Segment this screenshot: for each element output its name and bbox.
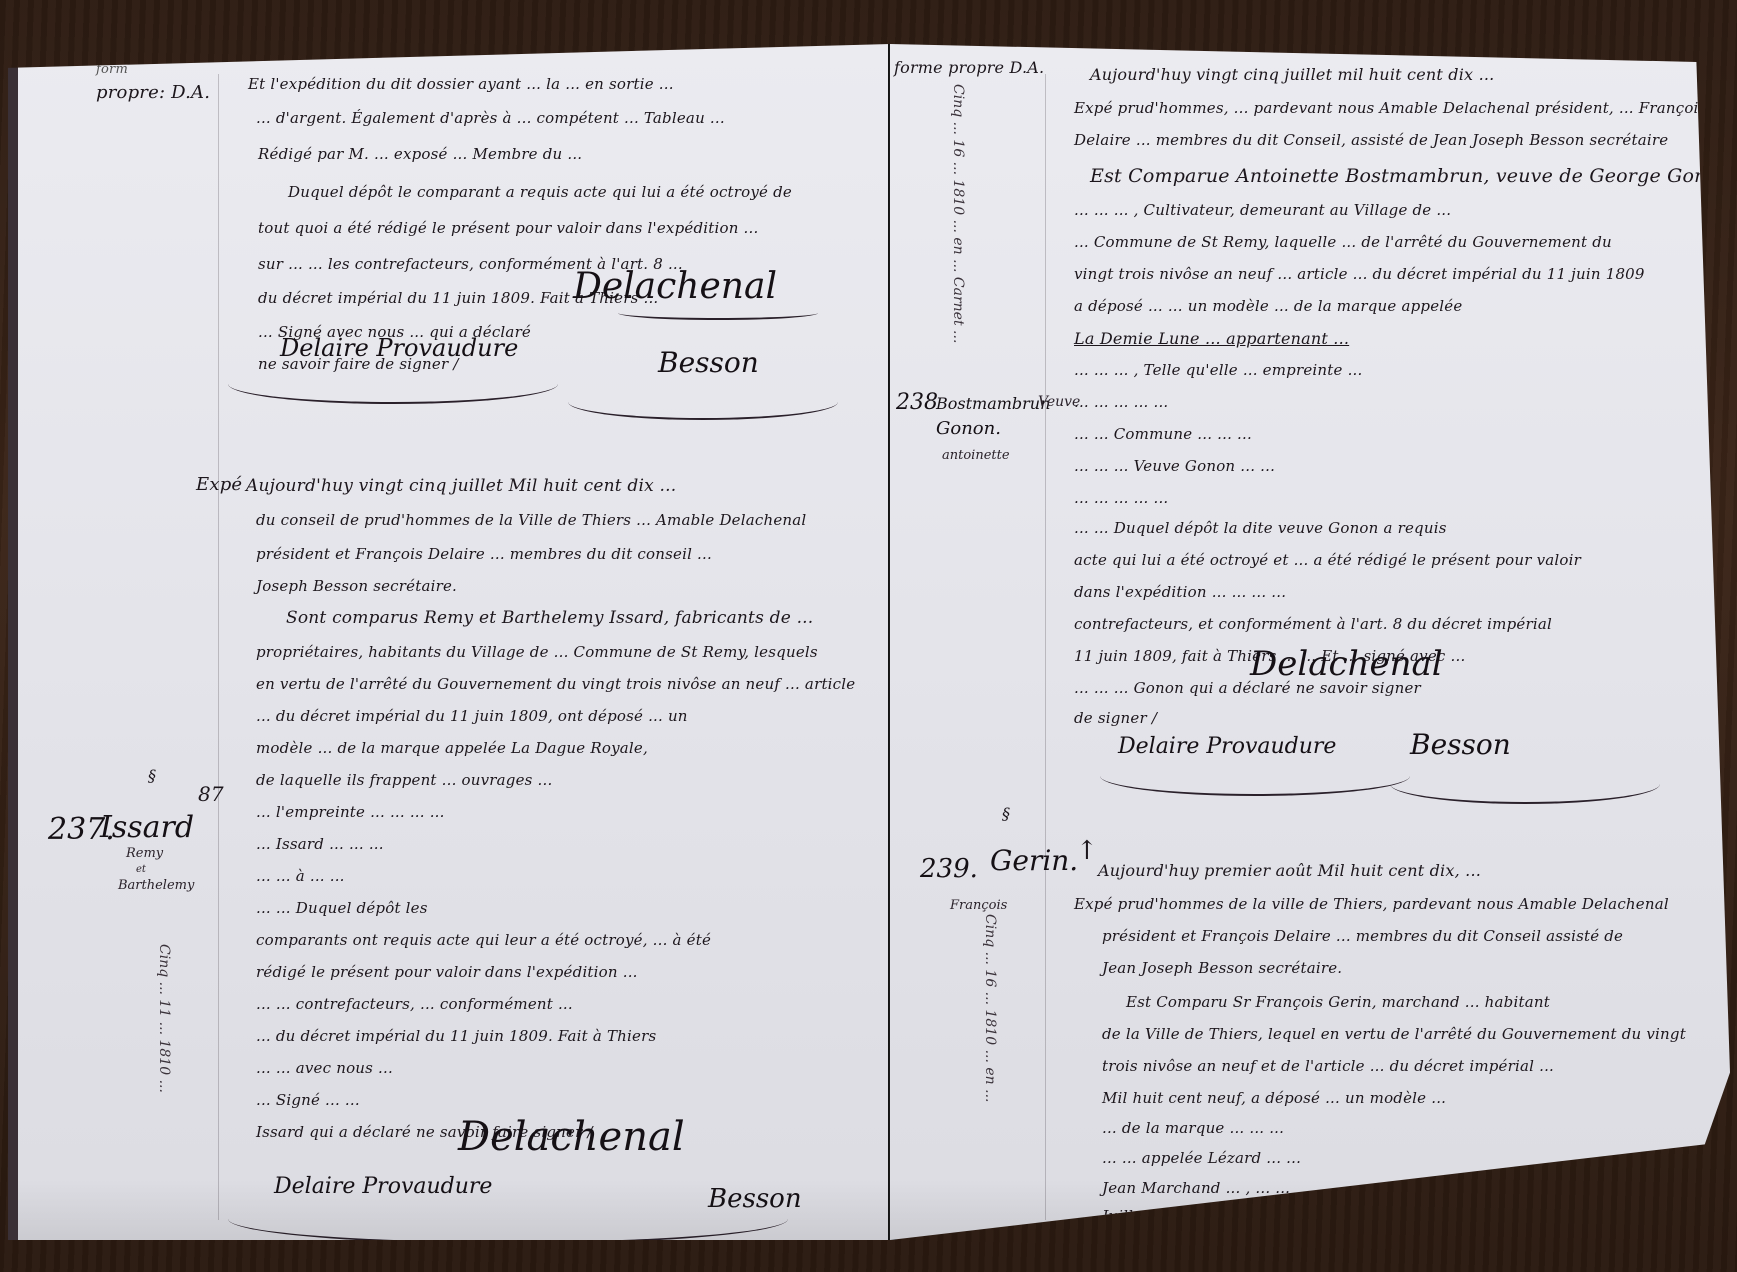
entry-line-gonon: Gonon. <box>936 418 1001 439</box>
text-line: du conseil de prud'hommes de la Ville de… <box>256 502 806 539</box>
entry-surname-issard: Issard <box>100 810 194 845</box>
margin-folio-number: 87 <box>198 782 224 806</box>
open-register-book: form propre: D.A. Et l'expédition du dit… <box>8 44 1730 1240</box>
text-line: ... d'argent. Également d'après à ... co… <box>256 100 725 137</box>
entry-given-name: antoinette <box>942 448 1010 463</box>
signature-delachenal: Delachenal <box>573 266 777 307</box>
text-line: Aujourd'huy vingt cinq juillet mil huit … <box>1090 56 1494 93</box>
entry-given-name: François <box>950 898 1007 913</box>
left-margin-rule <box>218 74 219 1220</box>
text-line: Rédigé par M. ... exposé ... Membre du .… <box>258 136 582 173</box>
right-page: forme propre D.A. Cinq ... 16 ... 1810 .… <box>890 44 1730 1240</box>
entry-given-name: Remy <box>126 846 163 861</box>
signature-flourish <box>228 364 558 404</box>
right-margin-rule <box>1045 74 1046 1220</box>
signature-besson: Besson <box>658 346 759 379</box>
text-line: Sont comparus Remy et Barthelemy Issard,… <box>286 600 813 637</box>
signature-delaire-provaudure: Delaire Provaudure <box>280 334 518 362</box>
vertical-margin-note-238: Cinq ... 16 ... 1810 ... en ... Carnet .… <box>950 84 966 384</box>
signature-delachenal: Delachenal <box>458 1114 685 1160</box>
entry-conjunction: et <box>136 864 146 875</box>
top-margin-note-2: propre: D.A. <box>96 82 210 103</box>
text-line: Aujourd'huy vingt cinq juillet Mil huit … <box>246 468 676 505</box>
entry-number-238: 238 <box>896 390 938 415</box>
entry-number-239: 239. <box>920 854 978 884</box>
margin-section-mark: § <box>148 766 156 785</box>
entry-surname-gerin: Gerin. <box>990 844 1078 877</box>
text-line: Aujourd'huy premier août Mil huit cent d… <box>1098 852 1481 889</box>
text-line: Duquel dépôt le comparant a requis acte … <box>288 174 792 211</box>
signature-flourish <box>568 384 838 420</box>
text-line: Delaire ... membres du dit Conseil, assi… <box>1074 122 1668 159</box>
page-shadow <box>890 1180 1730 1240</box>
page-shadow <box>18 1180 890 1240</box>
entry-given-name: Barthelemy <box>118 878 194 893</box>
expedition-mark: Expé <box>196 474 242 495</box>
top-margin-note: forme propre D.A. <box>894 58 1044 77</box>
text-line: Jean Joseph Besson secrétaire. <box>1102 950 1342 987</box>
entry-qualifier: Veuve <box>1038 394 1080 410</box>
signature-flourish <box>1100 756 1410 796</box>
text-line: Et l'expédition du dit dossier ayant ...… <box>248 66 674 103</box>
signature-flourish <box>1390 764 1660 804</box>
margin-section-mark: § <box>1002 804 1010 823</box>
signature-delaire-provaudure: Delaire Provaudure <box>1118 734 1336 759</box>
signature-flourish <box>618 306 818 320</box>
text-line: Est Comparue Antoinette Bostmambrun, veu… <box>1090 158 1730 195</box>
arrow-up-icon: ↑ <box>1076 836 1098 866</box>
signature-delachenal: Delachenal <box>1250 644 1443 684</box>
left-page: form propre: D.A. Et l'expédition du dit… <box>8 44 890 1240</box>
entry-surname-bostmambrun: Bostmambrun <box>936 394 1050 413</box>
top-margin-note-1: form <box>96 62 128 77</box>
signature-besson: Besson <box>1410 728 1511 761</box>
text-line: tout quoi a été rédigé le présent pour v… <box>258 210 758 247</box>
text-line: de signer / <box>1074 700 1157 737</box>
